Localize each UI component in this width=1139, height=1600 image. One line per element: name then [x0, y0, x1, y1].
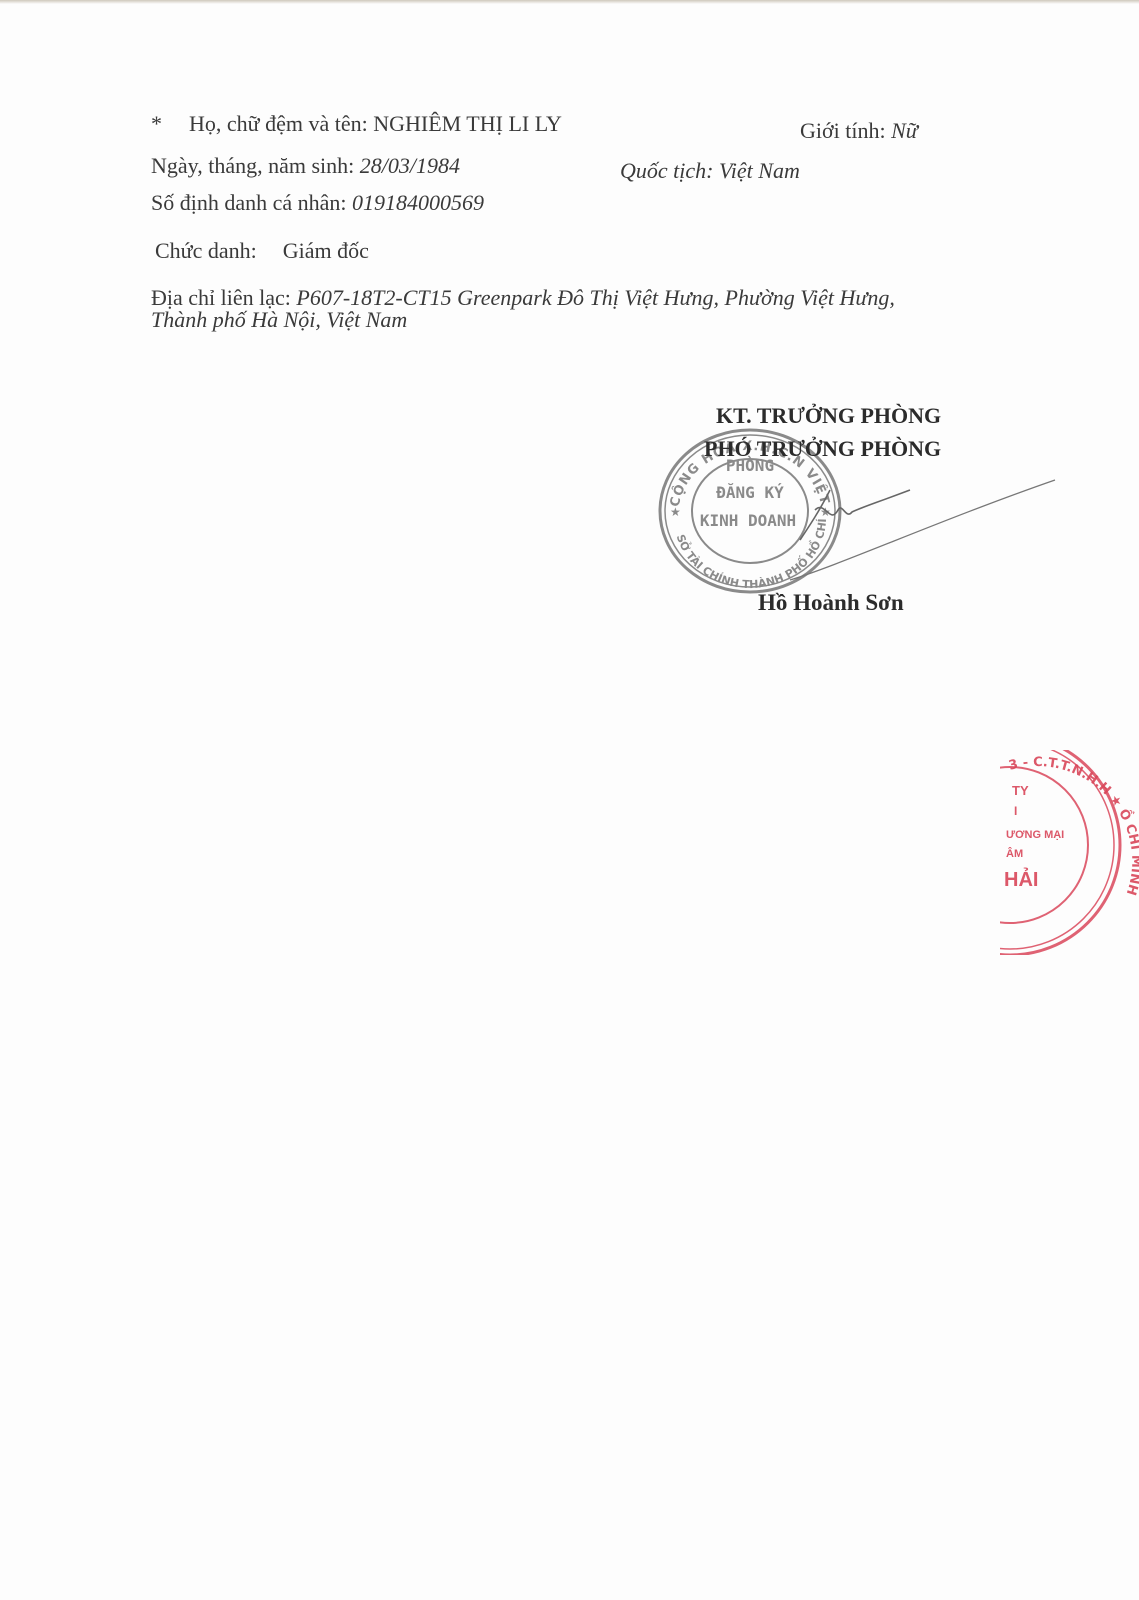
- full-name-value: NGHIÊM THỊ LI LY: [373, 111, 562, 136]
- gender-row: Giới tính: Nữ: [800, 120, 918, 142]
- handwritten-signature-icon: [760, 470, 1060, 590]
- gender-value: Nữ: [891, 118, 918, 143]
- position-label: Chức danh:: [155, 238, 257, 263]
- signer-name: Hồ Hoành Sơn: [758, 590, 904, 616]
- personal-id-value: 019184000569: [352, 190, 484, 215]
- signature-title-line-2: PHÓ TRƯỞNG PHÒNG: [704, 436, 941, 462]
- nationality-value: Việt Nam: [719, 158, 800, 183]
- dob-value: 28/03/1984: [360, 153, 460, 178]
- dob-label: Ngày, tháng, năm sinh:: [151, 153, 354, 178]
- svg-text:ƯƠNG MẠI: ƯƠNG MẠI: [1006, 829, 1064, 841]
- page-top-edge: [0, 0, 1139, 4]
- personal-id-label: Số định danh cá nhân:: [151, 190, 347, 215]
- svg-text:HẢI: HẢI: [1004, 868, 1038, 891]
- position-value: Giám đốc: [283, 238, 369, 263]
- svg-text:ÂM: ÂM: [1006, 847, 1023, 860]
- nationality-row: Quốc tịch: Việt Nam: [620, 160, 800, 182]
- svg-text:I: I: [1014, 804, 1017, 818]
- date-of-birth-row: Ngày, tháng, năm sinh: 28/03/1984: [151, 155, 460, 177]
- bullet-star: *: [151, 113, 189, 135]
- company-stamp-icon: 3 - C.T.T.N.H.H ★ Ồ CHÍ MINH TY I ƯƠNG M…: [1000, 750, 1139, 955]
- address-line-2: Thành phố Hà Nội, Việt Nam: [151, 309, 407, 331]
- full-name-label: Họ, chữ đệm và tên:: [189, 111, 368, 136]
- address-row: Địa chỉ liên lạc: P607-18T2-CT15 Greenpa…: [151, 287, 895, 309]
- full-name-row: *Họ, chữ đệm và tên: NGHIÊM THỊ LI LY: [151, 113, 562, 135]
- position-row: Chức danh:Giám đốc: [155, 240, 369, 262]
- personal-id-row: Số định danh cá nhân: 019184000569: [151, 192, 484, 214]
- nationality-label: Quốc tịch:: [620, 158, 713, 183]
- svg-text:TY: TY: [1012, 783, 1029, 798]
- svg-text:★: ★: [670, 505, 681, 519]
- gender-label: Giới tính:: [800, 118, 886, 143]
- signature-title-line-1: KT. TRƯỞNG PHÒNG: [716, 403, 941, 429]
